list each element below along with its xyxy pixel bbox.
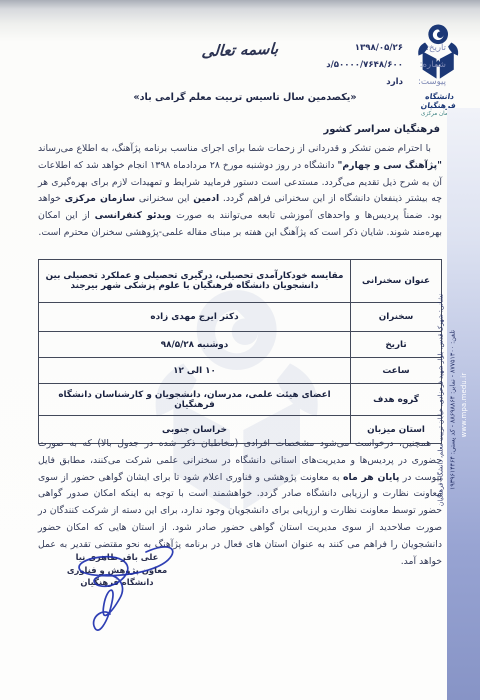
body-paragraph-1: با احترام ضمن تشکر و قدردانی از زحمات شم… xyxy=(38,141,442,242)
table-row-speaker: سخنران دکتر ایرج مهدی زاده xyxy=(39,303,442,332)
lecture-details-table: عنوان سخنرانی مقایسه خودکارآمدی تحصیلی، … xyxy=(38,259,442,444)
row-value: اعضای هیئت علمی، مدرسان، دانشجویان و کار… xyxy=(39,384,351,416)
recipient-line: فرهنگیان سراسر کشور xyxy=(324,124,441,135)
meta-number-row: شماره: د/۵۰۰۰۰/۷۶۴۸/۶۰۰ xyxy=(318,57,446,74)
footer-contact: تلفن: ۸۷۷۵۱۳۰۰ - نمابر: ۸۸۶۹۸۸۶۴ - کد پس… xyxy=(450,330,457,490)
p1-seg-bold: "پژآهنگ سی و چهارم" xyxy=(338,160,442,171)
row-value: دوشنبه ۹۸/۵/۲۸ xyxy=(39,332,351,358)
p1-seg-bold: ادمین xyxy=(193,193,219,204)
attachment-value: دارد xyxy=(386,74,403,91)
table-row-time: ساعت ۱۰ الی ۱۲ xyxy=(39,358,442,384)
row-label: سخنران xyxy=(351,303,442,332)
bismillah-calligraphy: باسمه تعالی xyxy=(149,38,331,62)
table-row-date: تاریخ دوشنبه ۹۸/۵/۲۸ xyxy=(39,332,442,358)
p1-seg-bold: سازمان مرکزی xyxy=(65,193,135,204)
table-row-audience: گروه هدف اعضای هیئت علمی، مدرسان، دانشجو… xyxy=(39,384,442,416)
meta-attachment-row: پیوست: دارد xyxy=(318,74,446,91)
p1-seg: این سخنرانی xyxy=(135,193,193,204)
date-label: تاریخ: xyxy=(410,40,446,57)
footer-website: www.mpa.medu.ir xyxy=(460,373,468,438)
handwritten-signature-icon xyxy=(38,540,188,650)
row-label: تاریخ xyxy=(351,332,442,358)
row-label: گروه هدف xyxy=(351,384,442,416)
p1-seg-bold: ویدئو کنفرانسی xyxy=(95,210,171,221)
number-value: د/۵۰۰۰۰/۷۶۴۸/۶۰۰ xyxy=(326,57,403,74)
meta-date-row: تاریخ: ۱۳۹۸/۰۵/۲۶ xyxy=(318,40,446,57)
footer-address: نشانی: شهرک قدس، بلوار شهید فرحزادی، خیا… xyxy=(438,294,445,506)
p2-seg-bold: پایان هر ماه xyxy=(343,472,399,483)
letter-meta: تاریخ: ۱۳۹۸/۰۵/۲۶ شماره: د/۵۰۰۰۰/۷۶۴۸/۶۰… xyxy=(318,40,446,91)
row-label: ساعت xyxy=(351,358,442,384)
anniversary-slogan: «یکصدمین سال تاسیس تربیت معلم گرامی باد» xyxy=(90,92,400,103)
row-value: مقایسه خودکارآمدی تحصیلی، درگیری تحصیلی … xyxy=(39,260,351,303)
row-value: دکتر ایرج مهدی زاده xyxy=(39,303,351,332)
row-label: عنوان سخنرانی xyxy=(351,260,442,303)
p1-seg: با احترام ضمن تشکر و قدردانی از زحمات شم… xyxy=(38,143,431,154)
row-value: ۱۰ الی ۱۲ xyxy=(39,358,351,384)
attachment-label: پیوست: xyxy=(410,74,446,91)
scanned-letter-page: دانشگاه فرهنگیان سازمان مرکزی تاریخ: ۱۳۹… xyxy=(0,0,480,700)
table-row-title: عنوان سخنرانی مقایسه خودکارآمدی تحصیلی، … xyxy=(39,260,442,303)
date-value: ۱۳۹۸/۰۵/۲۶ xyxy=(355,40,403,57)
number-label: شماره: xyxy=(410,57,446,74)
